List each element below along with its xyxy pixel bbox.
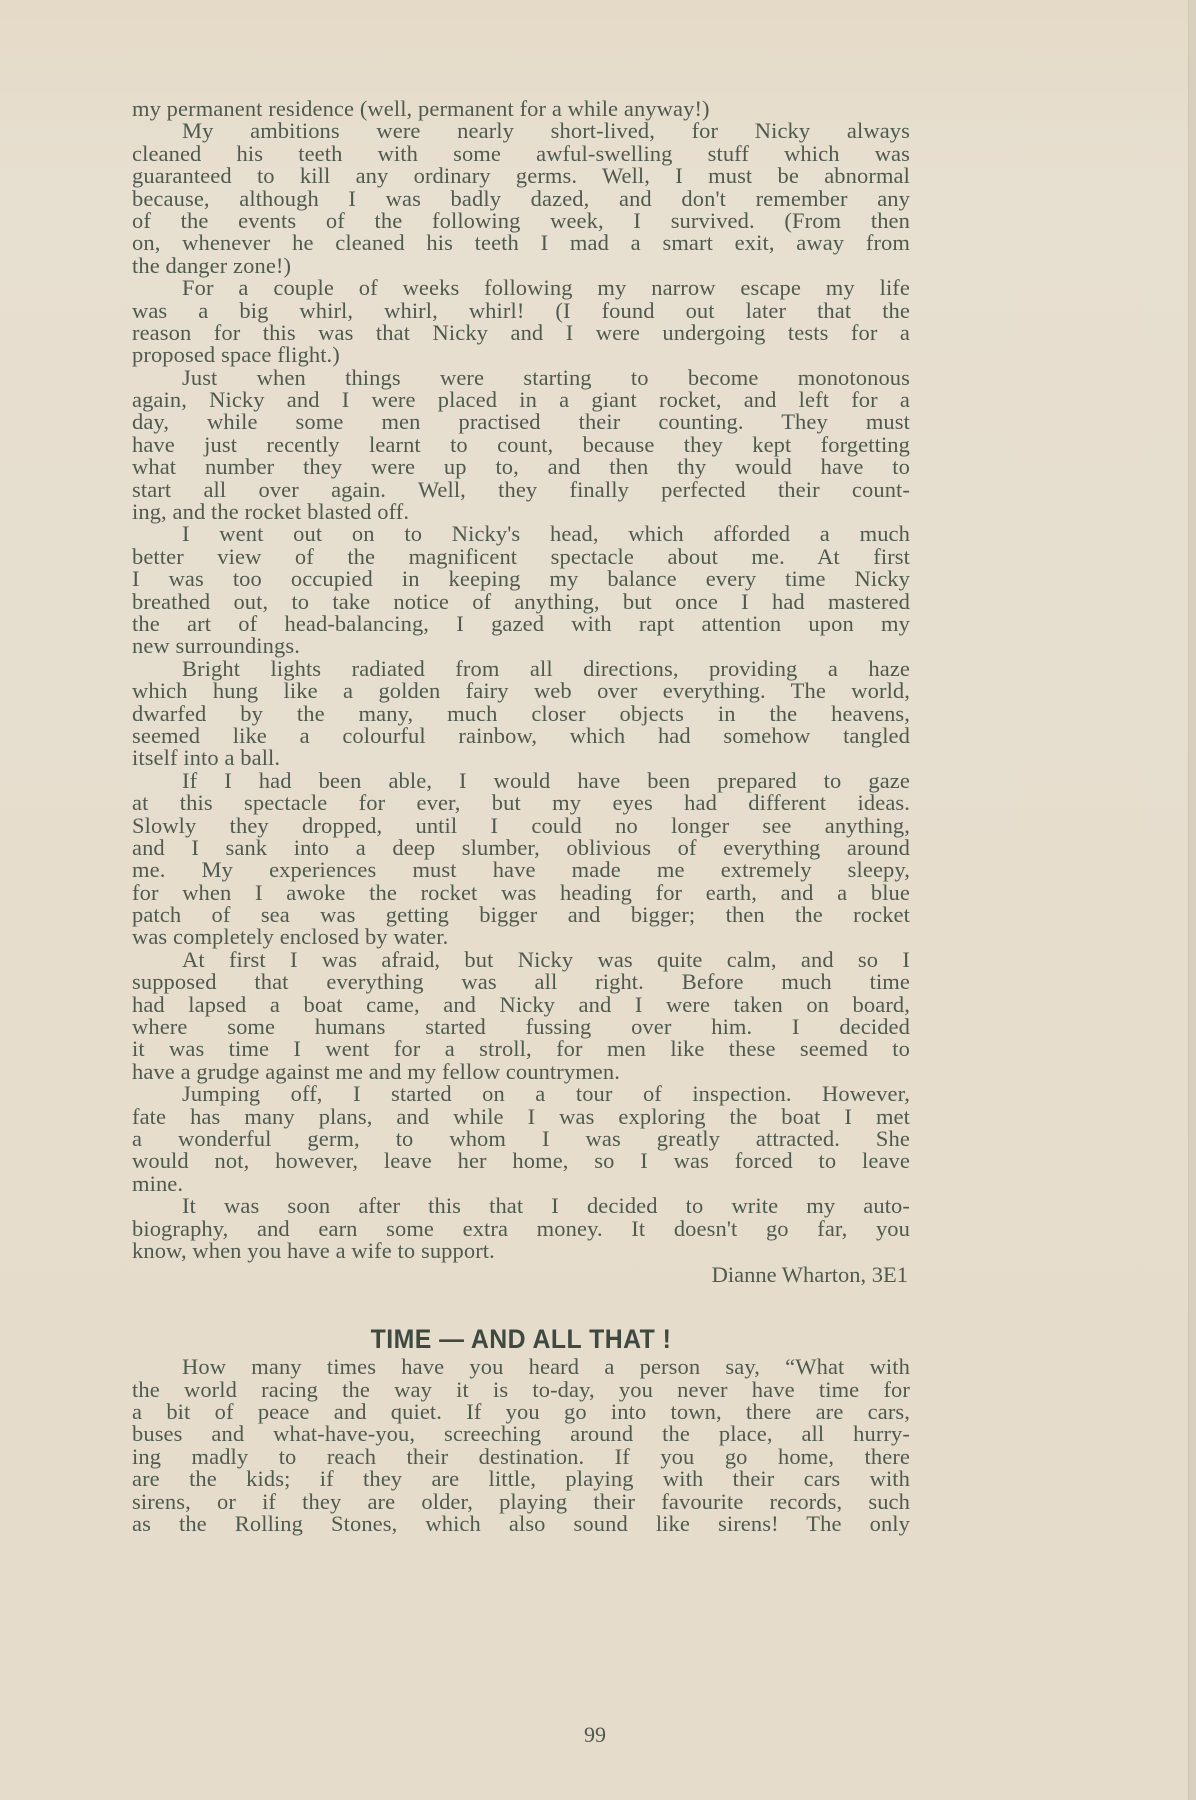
- text-line: reason for this was that Nicky and I wer…: [132, 322, 910, 344]
- text-line: seemed like a colourful rainbow, which h…: [132, 725, 910, 747]
- text-line: had lapsed a boat came, and Nicky and I …: [132, 994, 910, 1016]
- text-line: My ambitions were nearly short-lived, fo…: [132, 120, 910, 142]
- article-autobiography: my permanent residence (well, permanent …: [132, 98, 910, 1262]
- text-line: would not, however, leave her home, so I…: [132, 1150, 910, 1172]
- page-edge: [1188, 0, 1196, 1800]
- text-line: I was too occupied in keeping my balance…: [132, 568, 910, 590]
- text-line: buses and what-have-you, screeching arou…: [132, 1423, 910, 1445]
- text-line: start all over again. Well, they finally…: [132, 479, 910, 501]
- text-line: day, while some men practised their coun…: [132, 411, 910, 433]
- text-line: and I sank into a deep slumber, obliviou…: [132, 837, 910, 859]
- text-line: sirens, or if they are older, playing th…: [132, 1491, 910, 1513]
- article-time-and-all-that: How many times have you heard a person s…: [132, 1356, 910, 1535]
- text-line: Just when things were starting to become…: [132, 367, 910, 389]
- text-line: the world racing the way it is to-day, y…: [132, 1379, 910, 1401]
- text-line: which hung like a golden fairy web over …: [132, 680, 910, 702]
- text-line: have just recently learnt to count, beca…: [132, 434, 910, 456]
- text-line: again, Nicky and I were placed in a gian…: [132, 389, 910, 411]
- text-line: the art of head-balancing, I gazed with …: [132, 613, 910, 635]
- article-heading: TIME — AND ALL THAT !: [163, 1322, 879, 1356]
- text-line: mine.: [132, 1173, 910, 1195]
- text-line: know, when you have a wife to support.: [132, 1240, 910, 1262]
- text-line: it was time I went for a stroll, for men…: [132, 1038, 910, 1060]
- text-line: ing madly to reach their destination. If…: [132, 1446, 910, 1468]
- text-line: supposed that everything was all right. …: [132, 971, 910, 993]
- text-line: If I had been able, I would have been pr…: [132, 770, 910, 792]
- text-line: as the Rolling Stones, which also sound …: [132, 1513, 910, 1535]
- author-signature: Dianne Wharton, 3E1: [132, 1262, 910, 1288]
- text-line: a wonderful germ, to whom I was greatly …: [132, 1128, 910, 1150]
- text-line: Slowly they dropped, until I could no lo…: [132, 815, 910, 837]
- text-line: cleaned his teeth with some awful-swelli…: [132, 143, 910, 165]
- text-line: for when I awoke the rocket was heading …: [132, 882, 910, 904]
- text-line: better view of the magnificent spectacle…: [132, 546, 910, 568]
- text-line: patch of sea was getting bigger and bigg…: [132, 904, 910, 926]
- text-line: my permanent residence (well, permanent …: [132, 98, 910, 120]
- text-line: because, although I was badly dazed, and…: [132, 188, 910, 210]
- text-line: breathed out, to take notice of anything…: [132, 591, 910, 613]
- text-line: where some humans started fussing over h…: [132, 1016, 910, 1038]
- text-line: Jumping off, I started on a tour of insp…: [132, 1083, 910, 1105]
- text-line: of the events of the following week, I s…: [132, 210, 910, 232]
- text-line: a bit of peace and quiet. If you go into…: [132, 1401, 910, 1423]
- text-line: biography, and earn some extra money. It…: [132, 1218, 910, 1240]
- text-line: For a couple of weeks following my narro…: [132, 277, 910, 299]
- page-text: my permanent residence (well, permanent …: [132, 98, 910, 1535]
- text-line: itself into a ball.: [132, 747, 910, 769]
- text-line: new surroundings.: [132, 635, 910, 657]
- text-line: proposed space flight.): [132, 344, 910, 366]
- text-line: what number they were up to, and then th…: [132, 456, 910, 478]
- text-line: the danger zone!): [132, 255, 910, 277]
- text-line: at this spectacle for ever, but my eyes …: [132, 792, 910, 814]
- text-line: on, whenever he cleaned his teeth I mad …: [132, 232, 910, 254]
- text-line: I went out on to Nicky's head, which aff…: [132, 523, 910, 545]
- text-line: have a grudge against me and my fellow c…: [132, 1061, 910, 1083]
- text-line: was completely enclosed by water.: [132, 926, 910, 948]
- text-line: guaranteed to kill any ordinary germs. W…: [132, 165, 910, 187]
- text-line: are the kids; if they are little, playin…: [132, 1468, 910, 1490]
- text-line: fate has many plans, and while I was exp…: [132, 1106, 910, 1128]
- text-line: How many times have you heard a person s…: [132, 1356, 910, 1378]
- text-line: Bright lights radiated from all directio…: [132, 658, 910, 680]
- page-number: 99: [0, 1722, 1190, 1748]
- text-line: me. My experiences must have made me ext…: [132, 859, 910, 881]
- text-line: dwarfed by the many, much closer objects…: [132, 703, 910, 725]
- text-line: was a big whirl, whirl, whirl! (I found …: [132, 300, 910, 322]
- text-line: It was soon after this that I decided to…: [132, 1195, 910, 1217]
- text-line: ing, and the rocket blasted off.: [132, 501, 910, 523]
- text-line: At first I was afraid, but Nicky was qui…: [132, 949, 910, 971]
